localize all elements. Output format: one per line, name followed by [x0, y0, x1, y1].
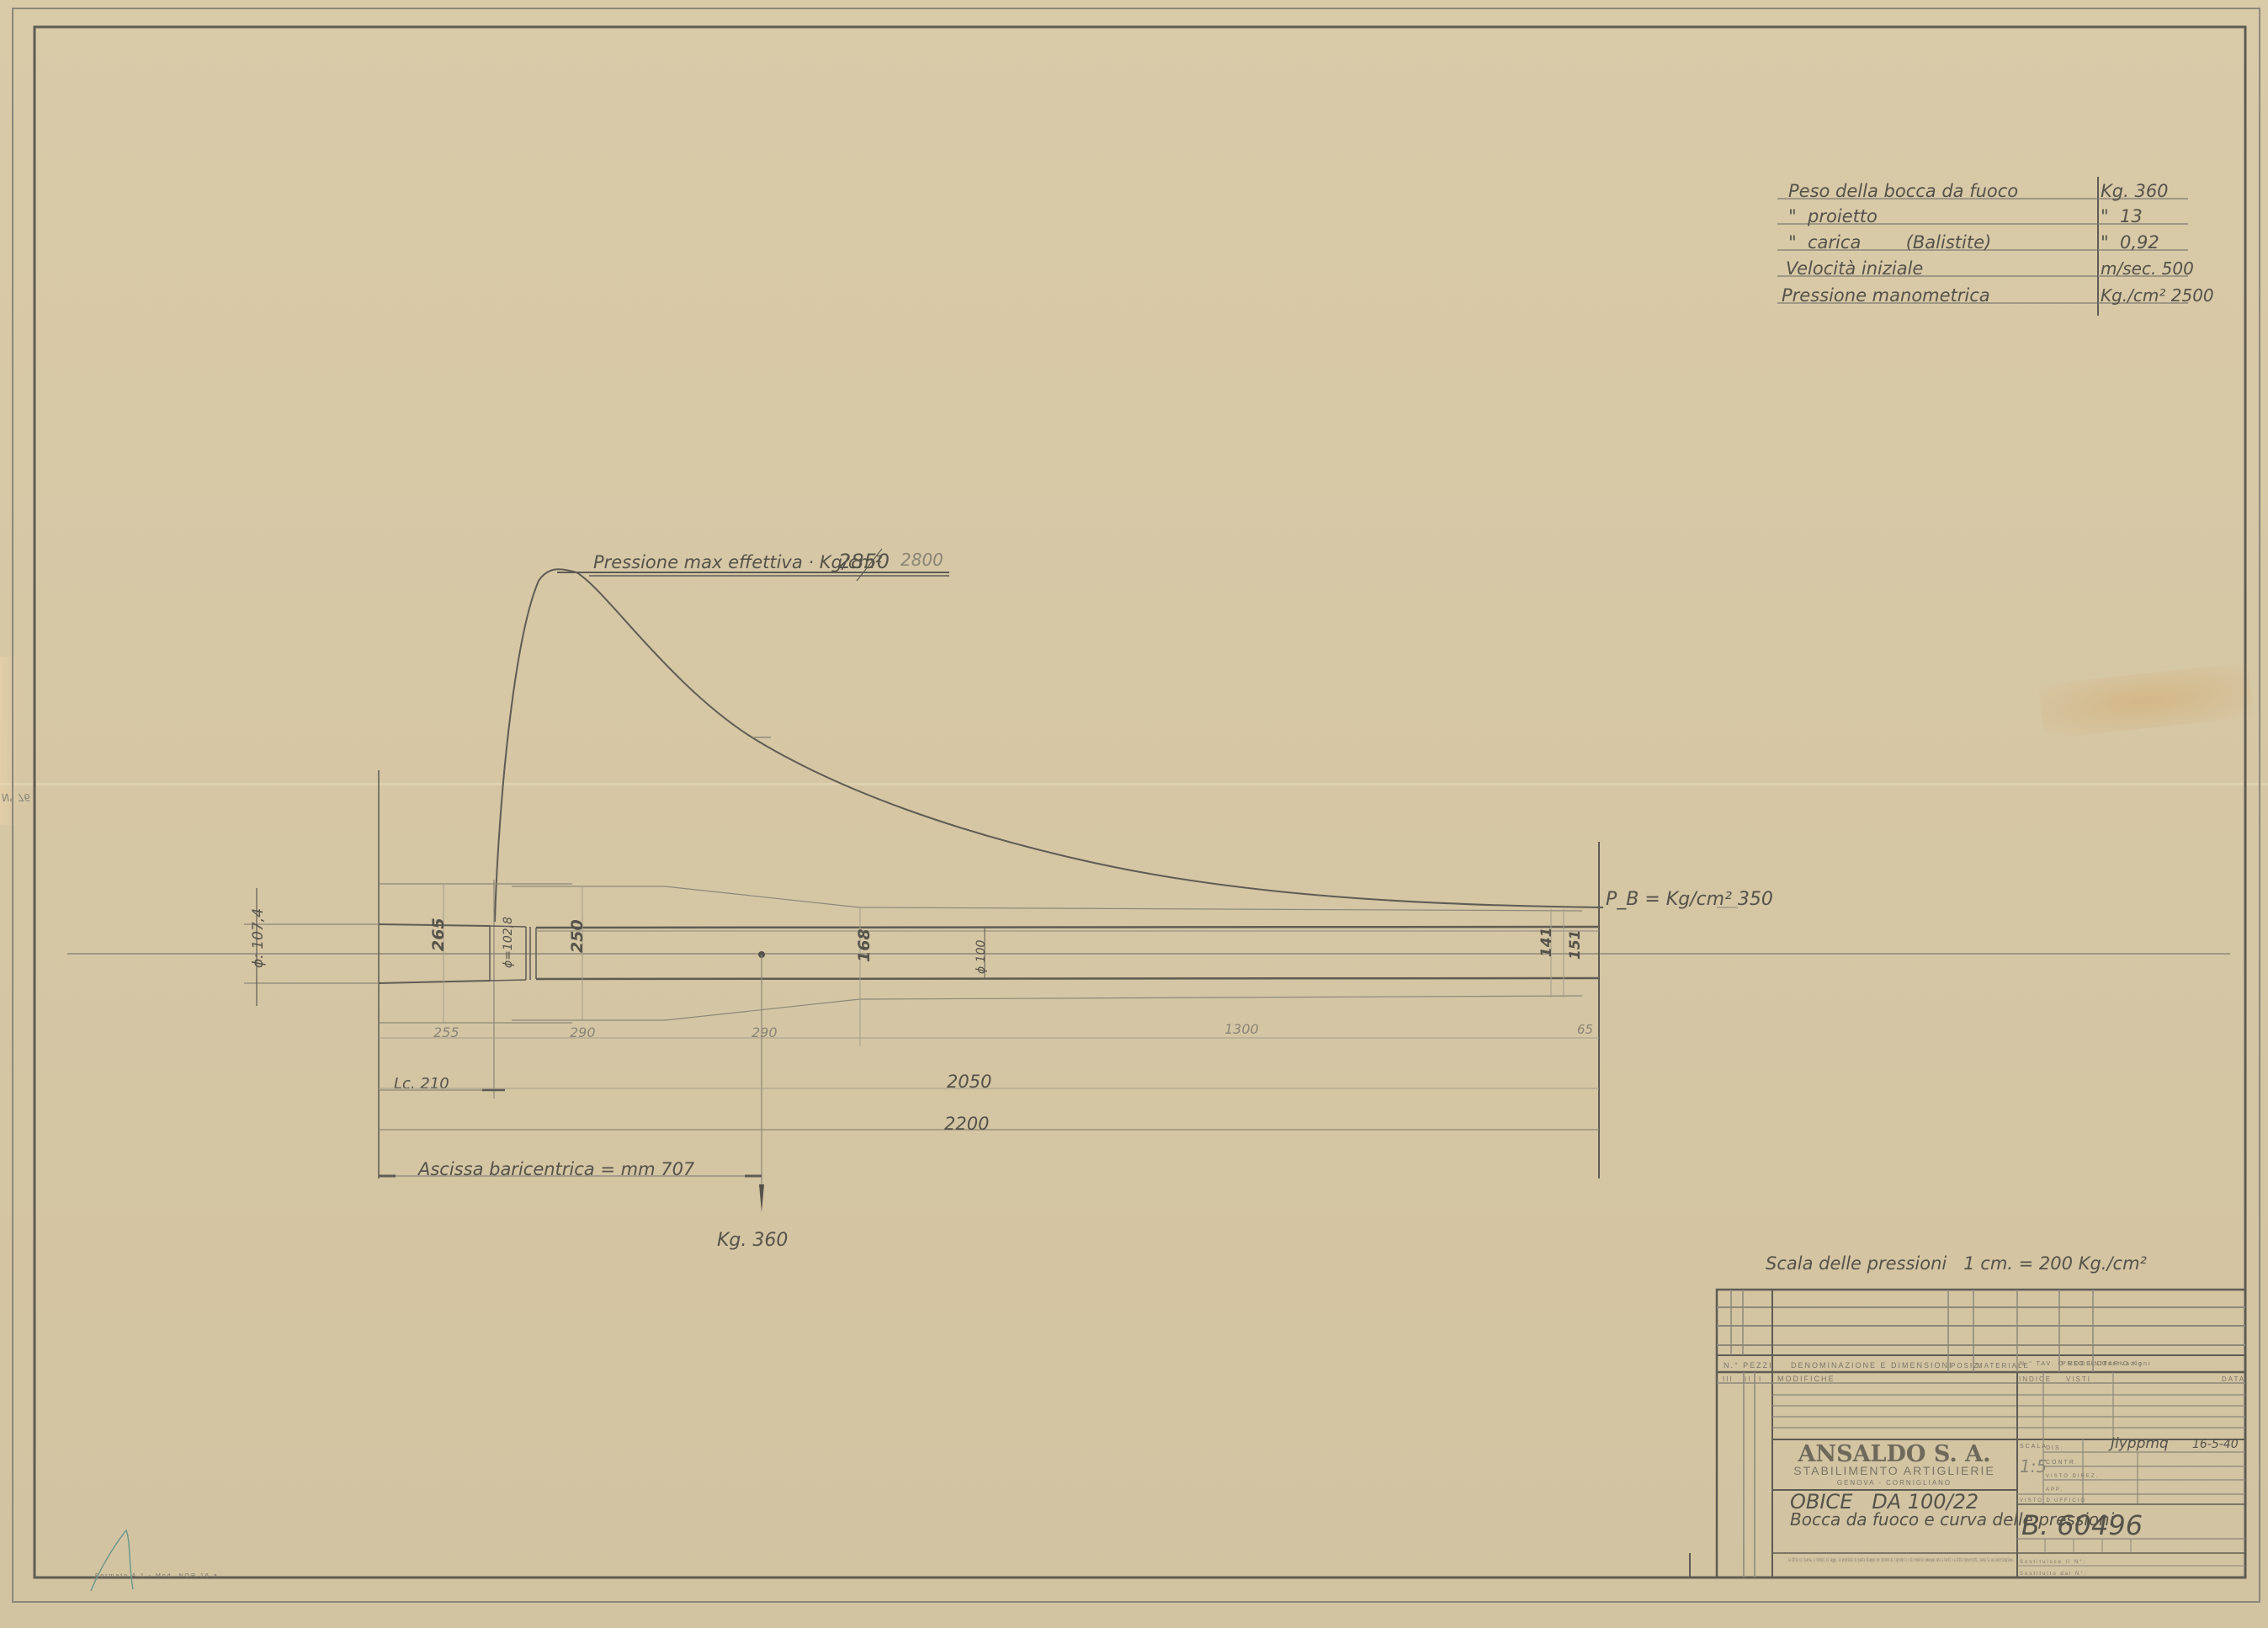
sostituito-label: Sostituito dal N°:	[2020, 1572, 2087, 1577]
max-pressure-struck: 2850	[838, 550, 890, 573]
ufficio-label: VISTO D'UFFICIO	[2020, 1498, 2086, 1503]
hdr-modifiche: MODIFICHE	[1777, 1375, 1835, 1383]
dim-1300: 1300	[1224, 1021, 1259, 1037]
app-label: APP.	[2046, 1487, 2064, 1492]
hdr-data: DATA	[2222, 1375, 2245, 1383]
barycentric-label: Ascissa baricentrica = mm 707	[417, 1159, 695, 1179]
hdr-iii: III	[1723, 1375, 1734, 1383]
title-block: N.° PEZZI DENOMINAZIONE E DIMENSIONI POS…	[1717, 1290, 2245, 1577]
dim-290b: 290	[752, 1024, 778, 1040]
hdr-ii: II	[1745, 1375, 1751, 1383]
specs-table: Peso della bocca da fuoco " proietto " c…	[1777, 177, 2214, 316]
spec-value-4: Kg./cm² 2500	[2101, 285, 2214, 306]
spec-label-3: Velocità iniziale	[1786, 258, 1923, 279]
green-pencil-mark	[91, 1530, 133, 1591]
dim-chamber-diam: ϕ=102,8	[502, 917, 515, 968]
margin-note: N° 76	[2, 791, 30, 803]
pressure-curve: Pressione max effettiva · Kg/cm² 2850 28…	[495, 549, 1773, 922]
format-note: Formato A 1 - Mod. NOR 16 a	[95, 1573, 219, 1579]
spec-value-3: m/sec. 500	[2101, 258, 2194, 279]
dim-290a: 290	[570, 1024, 596, 1040]
hdr-visti: VISTI	[2066, 1375, 2091, 1383]
dim-141: 141	[1538, 928, 1555, 958]
dim-250: 250	[568, 919, 587, 953]
signature: Jlyppmq	[2108, 1435, 2169, 1452]
dim-65: 65	[1577, 1022, 1593, 1037]
pressure-scale-label: Scala delle pressioni 1 cm. = 200 Kg./cm…	[1766, 1253, 2148, 1274]
gun-barrel-profile: ϕ: 107,4 265 ϕ=102,8 250 168 ϕ 100 141 1…	[67, 770, 2230, 1251]
company-location: GENOVA - CORNIGLIANO	[1837, 1479, 1952, 1487]
company-division: STABILIMENTO ARTIGLIERIE	[1793, 1464, 1994, 1477]
technical-drawing: Peso della bocca da fuoco " proietto " c…	[0, 0, 2268, 1628]
spec-value-2: " 0,92	[2101, 232, 2159, 253]
dim-265: 265	[429, 918, 448, 951]
spec-label-1: " proietto	[1788, 206, 1878, 226]
hdr-indice: INDICE	[2019, 1375, 2052, 1383]
weight-label: Kg. 360	[717, 1230, 788, 1251]
dim-2200: 2200	[944, 1114, 989, 1134]
hdr-osservazioni: Osservazioni	[2097, 1361, 2151, 1367]
dim-bore-left: ϕ: 107,4	[250, 908, 267, 968]
drawing-number: B. 60496	[2021, 1509, 2143, 1541]
visto-label: VISTO DIREZ.	[2046, 1474, 2099, 1479]
spec-label-4: Pressione manometrica	[1782, 285, 1990, 306]
spec-value-1: " 13	[2101, 206, 2143, 226]
dim-bore-100: ϕ 100	[975, 940, 988, 975]
signature-date: 16-5-40	[2192, 1438, 2239, 1451]
hdr-denominazione: DENOMINAZIONE E DIMENSIONI	[1791, 1361, 1953, 1370]
spec-label-2: " carica (Balistite)	[1788, 232, 1991, 253]
spec-value-0: Kg. 360	[2101, 181, 2169, 201]
dis-label: DIS.	[2046, 1445, 2064, 1451]
scale-label: SCALA	[2020, 1444, 2048, 1450]
scale-value: 1:5	[2020, 1456, 2047, 1476]
hdr-i: I	[1759, 1375, 1762, 1383]
contr-label: CONTR.	[2046, 1460, 2079, 1466]
muzzle-pressure-label: P_B = Kg/cm² 350	[1606, 889, 1773, 910]
dim-2050: 2050	[947, 1072, 991, 1092]
legal-notice: La Ditta si riserva, a termini di legge,…	[1788, 1557, 2014, 1563]
max-pressure-corrected: 2800	[900, 550, 943, 570]
dim-168: 168	[855, 928, 874, 962]
spec-label-0: Peso della bocca da fuoco	[1788, 181, 2018, 201]
dim-151: 151	[1567, 930, 1584, 960]
dim-255: 255	[433, 1024, 459, 1040]
sostituisce-label: Sostituisce il N°:	[2020, 1560, 2086, 1565]
weight-arrow-icon	[759, 1184, 764, 1212]
hdr-n-pezzi: N.° PEZZI	[1724, 1361, 1773, 1370]
dim-chamber-length: Lc. 210	[394, 1075, 449, 1093]
